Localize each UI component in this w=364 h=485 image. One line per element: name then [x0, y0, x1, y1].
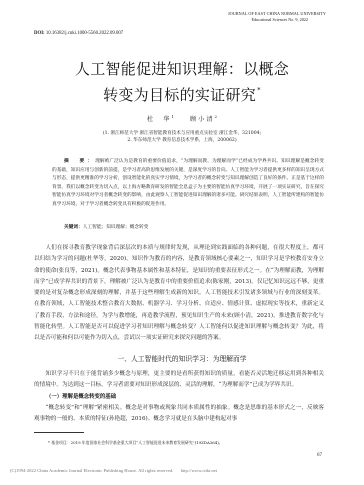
page-number: 67	[317, 453, 322, 458]
cnki-link[interactable]: http://www.cnki.net	[181, 468, 217, 473]
paper-title: 人工智能促进知识理解：以概念 转变为目标的实证研究*	[0, 59, 364, 106]
doi-line: DOI: 10.16382/j.cnki.1000-5560.2022.09.0…	[34, 31, 123, 36]
copyright-line: (C)1994-2022 China Academic Journal Elec…	[10, 468, 217, 473]
affiliation-1: (1. 浙江师范大学 浙江省智能教育技术与应用重点实验室 浙江金华，321004…	[0, 131, 364, 138]
journal-issue: Educational Sciences No. 9, 2022	[228, 17, 326, 23]
author-1-name: 杜 华	[147, 116, 172, 123]
body-paragraph-1: 人们在探寻教育教学现象背后深层次的本质与规律时发现，从理论到实践面临的各种问题，…	[34, 243, 324, 345]
journal-header: JOURNAL OF EAST CHINA NORMAL UNIVERSITY …	[228, 11, 326, 22]
body-paragraph-2: 知识学习不只在于能背诵多少概念与原理，更主要的是看所获得知识的质量，看能否灵活地…	[34, 369, 324, 392]
affiliation-2: 2. 华东师范大学 教育信息技术学系，上海，200062)	[0, 138, 364, 145]
author-1: 杜 华1	[147, 116, 174, 123]
title-footnote-mark: *	[257, 86, 261, 94]
footnote: * 基金项目：2019 年度国家社会科学基金重大项目“人工智能促进未来教育发展研…	[48, 440, 223, 446]
abstract: 摘 要：理解被广泛认为是教育的重要价值追求，“为理解而教，为理解而学”已经成为学…	[52, 158, 324, 209]
title-line-2-text: 转变为目标的实证研究	[103, 86, 256, 104]
author-2-affil-mark: 2	[215, 114, 218, 119]
title-line-1: 人工智能促进知识理解：以概念	[0, 59, 364, 80]
copyright-text: (C)1994-2022 China Academic Journal Elec…	[10, 468, 173, 473]
subsection-heading-1: （一）理解是概念转变的基础	[46, 392, 116, 400]
doi-value: 10.16382/j.cnki.1000-5560.2022.09.007	[46, 31, 123, 36]
footnote-divider	[34, 432, 84, 433]
footnote-text: 基金项目：2019 年度国家社会科学基金重大项目“人工智能促进未来教育发展研究”…	[51, 440, 222, 445]
author-list: 杜 华1 顾小清2	[0, 114, 364, 123]
footnote-mark: *	[48, 440, 50, 445]
abstract-label: 摘 要：	[64, 159, 95, 164]
author-2: 顾小清2	[190, 116, 217, 123]
author-2-name: 顾小清	[190, 116, 215, 123]
doi-label: DOI:	[34, 31, 45, 36]
title-line-2: 转变为目标的实证研究*	[0, 80, 364, 106]
abstract-text: 理解被广泛认为是教育的重要价值追求，“为理解而教，为理解而学”已经成为学界共识。…	[52, 159, 324, 207]
keywords-label: 关键词：	[64, 225, 83, 230]
keywords: 关键词：人工智能；知识理解；概念转变	[64, 224, 148, 230]
journal-name: JOURNAL OF EAST CHINA NORMAL UNIVERSITY	[228, 11, 326, 17]
author-1-affil-mark: 1	[171, 114, 174, 119]
body-paragraph-3: “概念转变”和“理解”紧密相关。概念是对事物或现象共同本质属性的抽象。概念是思维…	[34, 403, 324, 426]
affiliations: (1. 浙江师范大学 浙江省智能教育技术与应用重点实验室 浙江金华，321004…	[0, 131, 364, 144]
section-heading-1: 一、人工智能时代的知识学习：为理解而学	[0, 353, 364, 363]
keywords-text: 人工智能；知识理解；概念转变	[83, 225, 149, 230]
